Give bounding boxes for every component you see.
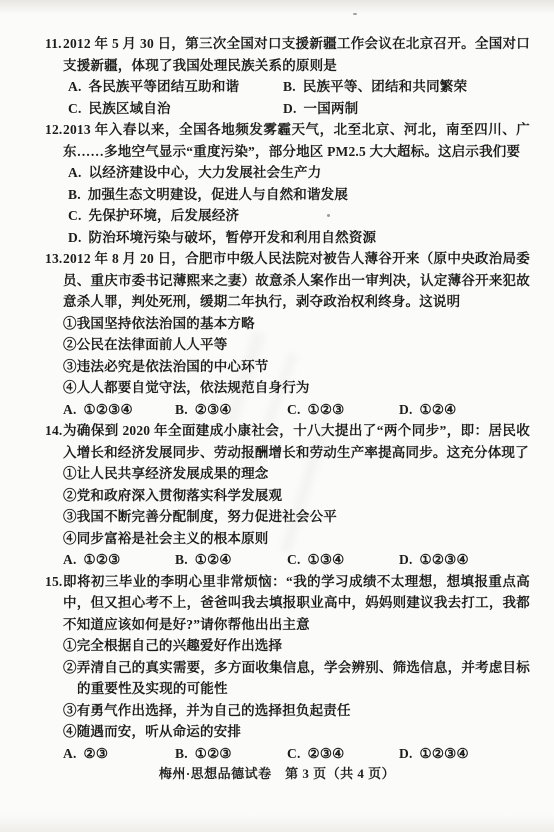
question-stem: 即将初三毕业的李明心里非常烦恼：“我的学习成绩不太理想，想填报重点高中，但又担心… xyxy=(63,571,530,636)
option-a: A.以经济建设中心，大力发展社会生产力 xyxy=(63,162,530,184)
options: A.①②③④ B.②③④ C.①②③ D.①②④ xyxy=(63,399,530,421)
option-text: ①②④ xyxy=(420,402,457,417)
option-text: 民族平等、团结和共同繁荣 xyxy=(303,79,467,94)
question-11: 11. 2012 年 5 月 30 日，第三次全国对口支援新疆工作会议在北京召开… xyxy=(45,33,530,119)
option-label: D. xyxy=(399,552,413,567)
options: A.②③ B.①②③ C.②③④ D.①②③④ xyxy=(63,743,530,765)
option-b: B.①②④ xyxy=(175,549,287,571)
option-text: ①②③④ xyxy=(420,552,469,567)
option-text: ②③ xyxy=(84,746,109,761)
option-text: ①②④ xyxy=(195,552,232,567)
option-label: A. xyxy=(63,402,77,417)
option-text: ①②③ xyxy=(308,402,345,417)
option-text: ②③④ xyxy=(195,402,232,417)
option-text: ①②③④ xyxy=(420,746,469,761)
option-b: B.②③④ xyxy=(175,399,287,421)
statement-4: ④人人都要自觉守法，依法规范自身行为 xyxy=(63,377,530,399)
question-stem: 为确保到 2020 年全面建成小康社会，十八大提出了“两个同步”，即：居民收入增… xyxy=(63,420,530,463)
option-d: D.①②④ xyxy=(399,399,456,421)
option-b: B.①②③ xyxy=(175,743,287,765)
option-text: 先保护环境，后发展经济 xyxy=(89,208,240,223)
statement-1: ①我国坚持依法治国的基本方略 xyxy=(63,313,530,335)
exam-content: 11. 2012 年 5 月 30 日，第三次全国对口支援新疆工作会议在北京召开… xyxy=(45,33,530,764)
question-number: 12. xyxy=(45,119,62,141)
statement-1: ①让人民共享经济发展成果的理念 xyxy=(63,463,530,485)
statement-4: ④同步富裕是社会主义的根本原则 xyxy=(63,528,530,550)
option-label: A. xyxy=(68,165,82,180)
option-d: D.①②③④ xyxy=(399,549,469,571)
option-d: D.防治环境污染与破坏，暂停开发和利用自然资源 xyxy=(63,227,530,249)
option-c: C.①②③ xyxy=(287,399,399,421)
option-d: D.一国两制 xyxy=(283,98,530,120)
option-label: B. xyxy=(175,746,188,761)
scan-speck xyxy=(353,13,357,15)
statement-1: ①完全根据自己的兴趣爱好作出选择 xyxy=(63,635,530,657)
option-b: B.加强生态文明建设，促进人与自然和谐发展 xyxy=(63,184,530,206)
question-number: 13. xyxy=(45,248,62,270)
option-a: A.①②③ xyxy=(63,549,175,571)
option-a: A.各民族平等团结互助和谐 xyxy=(68,76,283,98)
question-number: 15. xyxy=(45,571,62,593)
option-text: 民族区域自治 xyxy=(89,101,171,116)
statement-4: ④随遇而安，听从命运的安排 xyxy=(63,721,530,743)
option-label: B. xyxy=(283,79,296,94)
option-d: D.①②③④ xyxy=(399,743,469,765)
option-c: C.先保护环境，后发展经济 xyxy=(63,205,530,227)
question-number: 11. xyxy=(45,33,62,55)
statement-3: ③我国不断完善分配制度，努力促进社会公平 xyxy=(63,506,530,528)
option-label: D. xyxy=(68,230,82,245)
option-c: C.①③④ xyxy=(287,549,399,571)
statement-3: ③有勇气作出选择，并为自己的选择担负起责任 xyxy=(63,700,530,722)
option-b: B.民族平等、团结和共同繁荣 xyxy=(283,76,530,98)
option-text: ①②③ xyxy=(195,746,232,761)
option-text: ①②③④ xyxy=(84,402,133,417)
question-stem: 2013 年入春以来，全国各地频发雾霾天气，北至北京、河北，南至四川、广东……多… xyxy=(63,119,530,162)
option-a: A.①②③④ xyxy=(63,399,175,421)
option-label: B. xyxy=(175,402,188,417)
option-a: A.②③ xyxy=(63,743,175,765)
option-c: C.②③④ xyxy=(287,743,399,765)
option-label: D. xyxy=(399,746,413,761)
option-text: 防治环境污染与破坏，暂停开发和利用自然资源 xyxy=(89,230,377,245)
question-12: 12. 2013 年入春以来，全国各地频发雾霾天气，北至北京、河北，南至四川、广… xyxy=(45,119,530,248)
statement-3: ③违法必究是依法治国的中心环节 xyxy=(63,356,530,378)
statement-2: ②公民在法律面前人人平等 xyxy=(63,334,530,356)
option-label: B. xyxy=(175,552,188,567)
statement-2: ②党和政府深入贯彻落实科学发展观 xyxy=(63,485,530,507)
option-c: C.民族区域自治 xyxy=(68,98,283,120)
option-label: A. xyxy=(63,552,77,567)
option-text: 以经济建设中心，大力发展社会生产力 xyxy=(89,165,322,180)
option-text: ①②③ xyxy=(84,552,121,567)
question-stem: 2012 年 5 月 30 日，第三次全国对口支援新疆工作会议在北京召开。全国对… xyxy=(63,33,530,76)
option-label: A. xyxy=(68,79,82,94)
option-text: ①③④ xyxy=(308,552,345,567)
option-label: B. xyxy=(68,187,81,202)
option-label: C. xyxy=(68,208,82,223)
option-label: C. xyxy=(287,402,301,417)
option-label: C. xyxy=(68,101,82,116)
options: A.以经济建设中心，大力发展社会生产力 B.加强生态文明建设，促进人与自然和谐发… xyxy=(63,162,530,248)
question-13: 13. 2012 年 8 月 20 日，合肥市中级人民法院对被告人薄谷开来（原中… xyxy=(45,248,530,420)
option-label: D. xyxy=(399,402,413,417)
option-label: C. xyxy=(287,552,301,567)
option-text: 一国两制 xyxy=(304,101,359,116)
question-stem: 2012 年 8 月 20 日，合肥市中级人民法院对被告人薄谷开来（原中央政治局… xyxy=(63,248,530,313)
option-label: A. xyxy=(63,746,77,761)
option-label: D. xyxy=(283,101,297,116)
statement-2: ②弄清自己的真实需要，多方面收集信息，学会辨别、筛选信息，并考虑目标的重要性及实… xyxy=(63,657,530,700)
options: A.各民族平等团结互助和谐 B.民族平等、团结和共同繁荣 C.民族区域自治 D.… xyxy=(63,76,530,119)
options: A.①②③ B.①②④ C.①③④ D.①②③④ xyxy=(63,549,530,571)
question-number: 14. xyxy=(45,420,62,442)
question-15: 15. 即将初三毕业的李明心里非常烦恼：“我的学习成绩不太理想，想填报重点高中，… xyxy=(45,571,530,765)
exam-page: 11. 2012 年 5 月 30 日，第三次全国对口支援新疆工作会议在北京召开… xyxy=(0,0,554,832)
option-text: 各民族平等团结互助和谐 xyxy=(89,79,240,94)
option-label: C. xyxy=(287,746,301,761)
option-text: 加强生态文明建设，促进人与自然和谐发展 xyxy=(88,187,348,202)
option-text: ②③④ xyxy=(308,746,345,761)
page-footer: 梅州·思想品德试卷 第 3 页（共 4 页） xyxy=(0,763,554,782)
question-14: 14. 为确保到 2020 年全面建成小康社会，十八大提出了“两个同步”，即：居… xyxy=(45,420,530,571)
